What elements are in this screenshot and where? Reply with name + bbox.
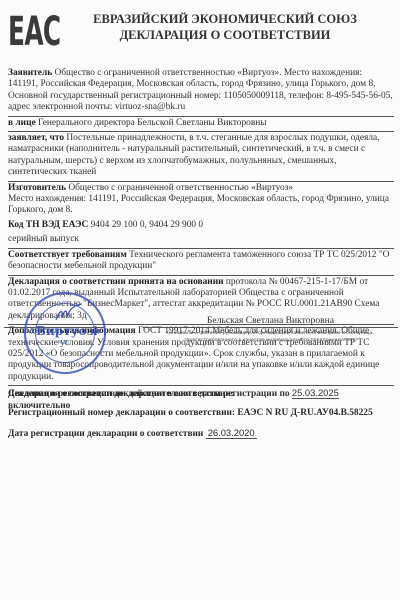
title-union: ЕВРАЗИЙСКИЙ ЭКОНОМИЧЕСКИЙ СОЮЗ xyxy=(75,11,375,27)
applicant-section: Заявитель Общество с ограниченной ответс… xyxy=(8,67,394,117)
manufacturer-label: Изготовитель xyxy=(8,183,66,193)
manufacturer-name: Общество с ограниченной ответственностью… xyxy=(68,183,293,193)
basis-label: Декларация о соответствии принята на осн… xyxy=(8,277,224,287)
declares-label: заявляет, что xyxy=(8,133,64,143)
signature-scribble-icon xyxy=(54,302,84,324)
signer-name: Бельская Светлана Викторовна xyxy=(143,315,398,326)
tn-ved-section: Код ТН ВЭД ЕАЭС 9404 29 100 0, 9404 29 9… xyxy=(8,219,394,233)
tn-ved-label: Код ТН ВЭД ЕАЭС xyxy=(8,220,88,230)
eac-logo: EAC xyxy=(8,12,60,52)
company-stamp: «Виртуоз» М.П. xyxy=(24,292,106,374)
stamp-company-name: «Виртуоз» xyxy=(26,324,104,338)
applicant-text: Общество с ограниченной ответственностью… xyxy=(8,68,393,112)
registration-number-row: Регистрационный номер декларации о соотв… xyxy=(8,408,394,418)
registration-section: Сведения о регистрации декларации о соот… xyxy=(8,389,394,448)
declaration-document: EAC ЕВРАЗИЙСКИЙ ЭКОНОМИЧЕСКИЙ СОЮЗ ДЕКЛА… xyxy=(0,0,400,600)
represented-by-label: в лице xyxy=(8,118,36,128)
stamp-mp: М.П. xyxy=(58,340,69,346)
signer-note-line2: зарегистрированного в качестве индивидуа… xyxy=(143,337,398,344)
conforms-section: Соответствует требованиям Технического р… xyxy=(8,249,394,276)
conforms-label: Соответствует требованиям xyxy=(8,250,127,260)
title-declaration: ДЕКЛАРАЦИЯ О СООТВЕТСТВИИ xyxy=(75,27,375,43)
tn-ved-value: 9404 29 100 0, 9404 29 900 0 xyxy=(91,220,204,230)
document-title: ЕВРАЗИЙСКИЙ ЭКОНОМИЧЕСКИЙ СОЮЗ ДЕКЛАРАЦИ… xyxy=(75,11,375,43)
registration-date-label: Дата регистрации декларации о соответств… xyxy=(8,429,203,439)
manufacturer-section: Изготовитель Общество с ограниченной отв… xyxy=(8,182,394,219)
signer-note-line1: (инициалы и фамилия руководителя организ… xyxy=(143,330,398,337)
declares-section: заявляет, что Постельные принадлежности,… xyxy=(8,132,394,182)
registration-heading: Сведения о регистрации декларации о соот… xyxy=(8,389,394,399)
declares-text: Постельные принадлежности, в т.ч. стеган… xyxy=(8,133,380,177)
production-type: серийный выпуск xyxy=(8,233,394,248)
represented-by-section: в лице Генерального директора Бельской С… xyxy=(8,117,394,132)
registration-number: ЕАЭС N RU Д-RU.АУ04.В.58225 xyxy=(237,408,372,418)
signer-name-line xyxy=(143,327,398,328)
applicant-label: Заявитель xyxy=(8,68,52,78)
represented-by-text: Генерального директора Бельской Светланы… xyxy=(38,118,267,128)
manufacturer-address: Место нахождения: 141191, Российская Фед… xyxy=(8,194,389,215)
registration-date: 26.03.2020 xyxy=(206,427,257,439)
registration-date-row: Дата регистрации декларации о соответств… xyxy=(8,427,394,439)
signer-note: (инициалы и фамилия руководителя организ… xyxy=(143,330,398,344)
registration-number-label: Регистрационный номер декларации о соотв… xyxy=(8,408,235,418)
